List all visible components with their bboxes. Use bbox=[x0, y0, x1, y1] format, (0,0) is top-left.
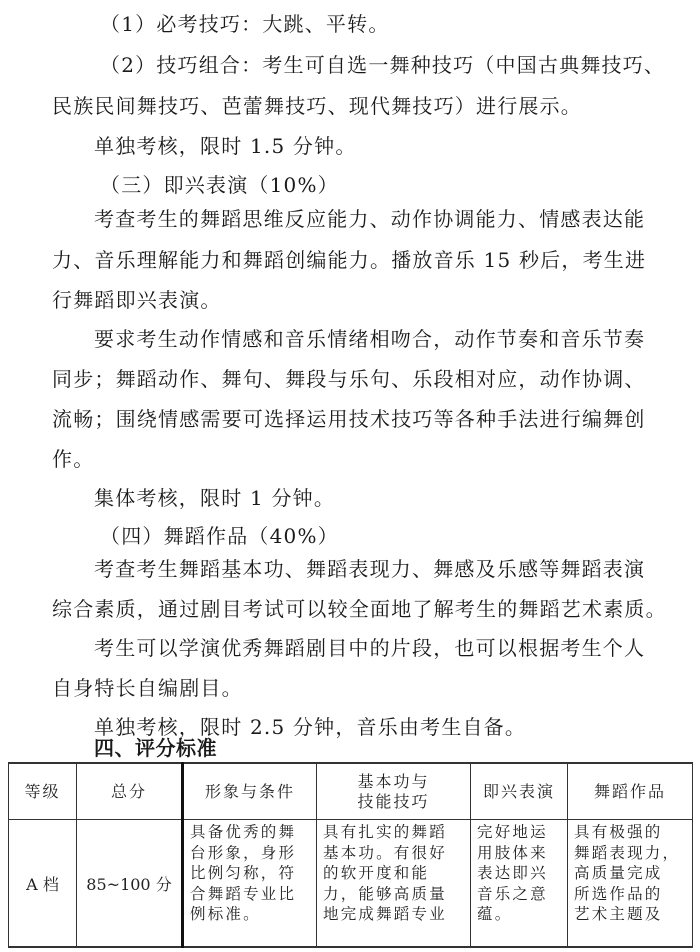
cell-improvisation: 完好地运 用肢体来 表达即兴 音乐之意 蕴。 bbox=[471, 820, 568, 948]
paragraph-line: 考查考生的舞蹈思维反应能力、动作协调能力、情感表达能 bbox=[94, 206, 645, 232]
table-row: A 档 85~100 分 具备优秀的舞 台形象，身形 比例匀称，符 合舞蹈专业比… bbox=[9, 820, 693, 948]
paragraph-line: 同步；舞蹈动作、舞句、舞段与乐句、乐段相对应，动作协调、 bbox=[52, 366, 646, 392]
paragraph-line: 综合素质，通过剧目考试可以较全面地了解考生的舞蹈艺术素质。 bbox=[52, 596, 667, 622]
header-improvisation: 即兴表演 bbox=[471, 763, 568, 820]
header-total-score: 总分 bbox=[77, 763, 183, 820]
document-page: （1）必考技巧：大跳、平转。 （2）技巧组合：考生可自选一舞种技巧（中国古典舞技… bbox=[0, 0, 700, 952]
cell-dance-work: 具有极强的 舞蹈表现力， 高质量完成 所选作品的 艺术主题及 bbox=[568, 820, 693, 948]
cell-basic-skills: 具有扎实的舞蹈 基本功。有很好 的软开度和能 力，能够高质量 地完成舞蹈专业 bbox=[317, 820, 471, 948]
cell-level: A 档 bbox=[9, 820, 77, 948]
paragraph-line: （1）必考技巧：大跳、平转。 bbox=[100, 11, 390, 37]
paragraph-line: 力、音乐理解能力和舞蹈创编能力。播放音乐 15 秒后，考生进 bbox=[52, 247, 646, 273]
paragraph-line: 考查考生舞蹈基本功、舞蹈表现力、舞感及乐感等舞蹈表演 bbox=[94, 556, 645, 582]
section-heading-scoring-criteria: 四、评分标准 bbox=[94, 735, 217, 761]
paragraph-line: 要求考生动作情感和音乐情绪相吻合，动作节奏和音乐节奏 bbox=[94, 326, 645, 352]
paragraph-line: 流畅；围绕情感需要可选择运用技术技巧等各种手法进行编舞创 bbox=[52, 406, 646, 432]
subsection-heading-dance-work: （四）舞蹈作品（40%） bbox=[100, 523, 339, 549]
paragraph-line: 民族民间舞技巧、芭蕾舞技巧、现代舞技巧）进行展示。 bbox=[52, 93, 582, 119]
paragraph-line: 集体考核，限时 1 分钟。 bbox=[94, 485, 335, 511]
header-basic-skills: 基本功与 技能技巧 bbox=[317, 763, 471, 820]
paragraph-line: 自身特长自编剧目。 bbox=[52, 675, 243, 701]
subsection-heading-improvisation: （三）即兴表演（10%） bbox=[100, 172, 339, 198]
header-dance-work: 舞蹈作品 bbox=[568, 763, 693, 820]
paragraph-line: （2）技巧组合：考生可自选一舞种技巧（中国古典舞技巧、 bbox=[100, 52, 665, 78]
cell-total-score: 85~100 分 bbox=[77, 820, 183, 948]
header-level: 等级 bbox=[9, 763, 77, 820]
cell-image-condition: 具备优秀的舞 台形象，身形 比例匀称，符 合舞蹈专业比 例标准。 bbox=[183, 820, 317, 948]
paragraph-line: 行舞蹈即兴表演。 bbox=[52, 287, 222, 313]
header-image-condition: 形象与条件 bbox=[183, 763, 317, 820]
scoring-table: 等级 总分 形象与条件 基本功与 技能技巧 即兴表演 舞蹈作品 A 档 85~1… bbox=[8, 762, 693, 948]
paragraph-line: 作。 bbox=[52, 446, 94, 472]
paragraph-line: 单独考核，限时 1.5 分钟。 bbox=[94, 133, 357, 159]
table-header-row: 等级 总分 形象与条件 基本功与 技能技巧 即兴表演 舞蹈作品 bbox=[9, 763, 693, 820]
paragraph-line: 考生可以学演优秀舞蹈剧目中的片段，也可以根据考生个人 bbox=[94, 635, 645, 661]
